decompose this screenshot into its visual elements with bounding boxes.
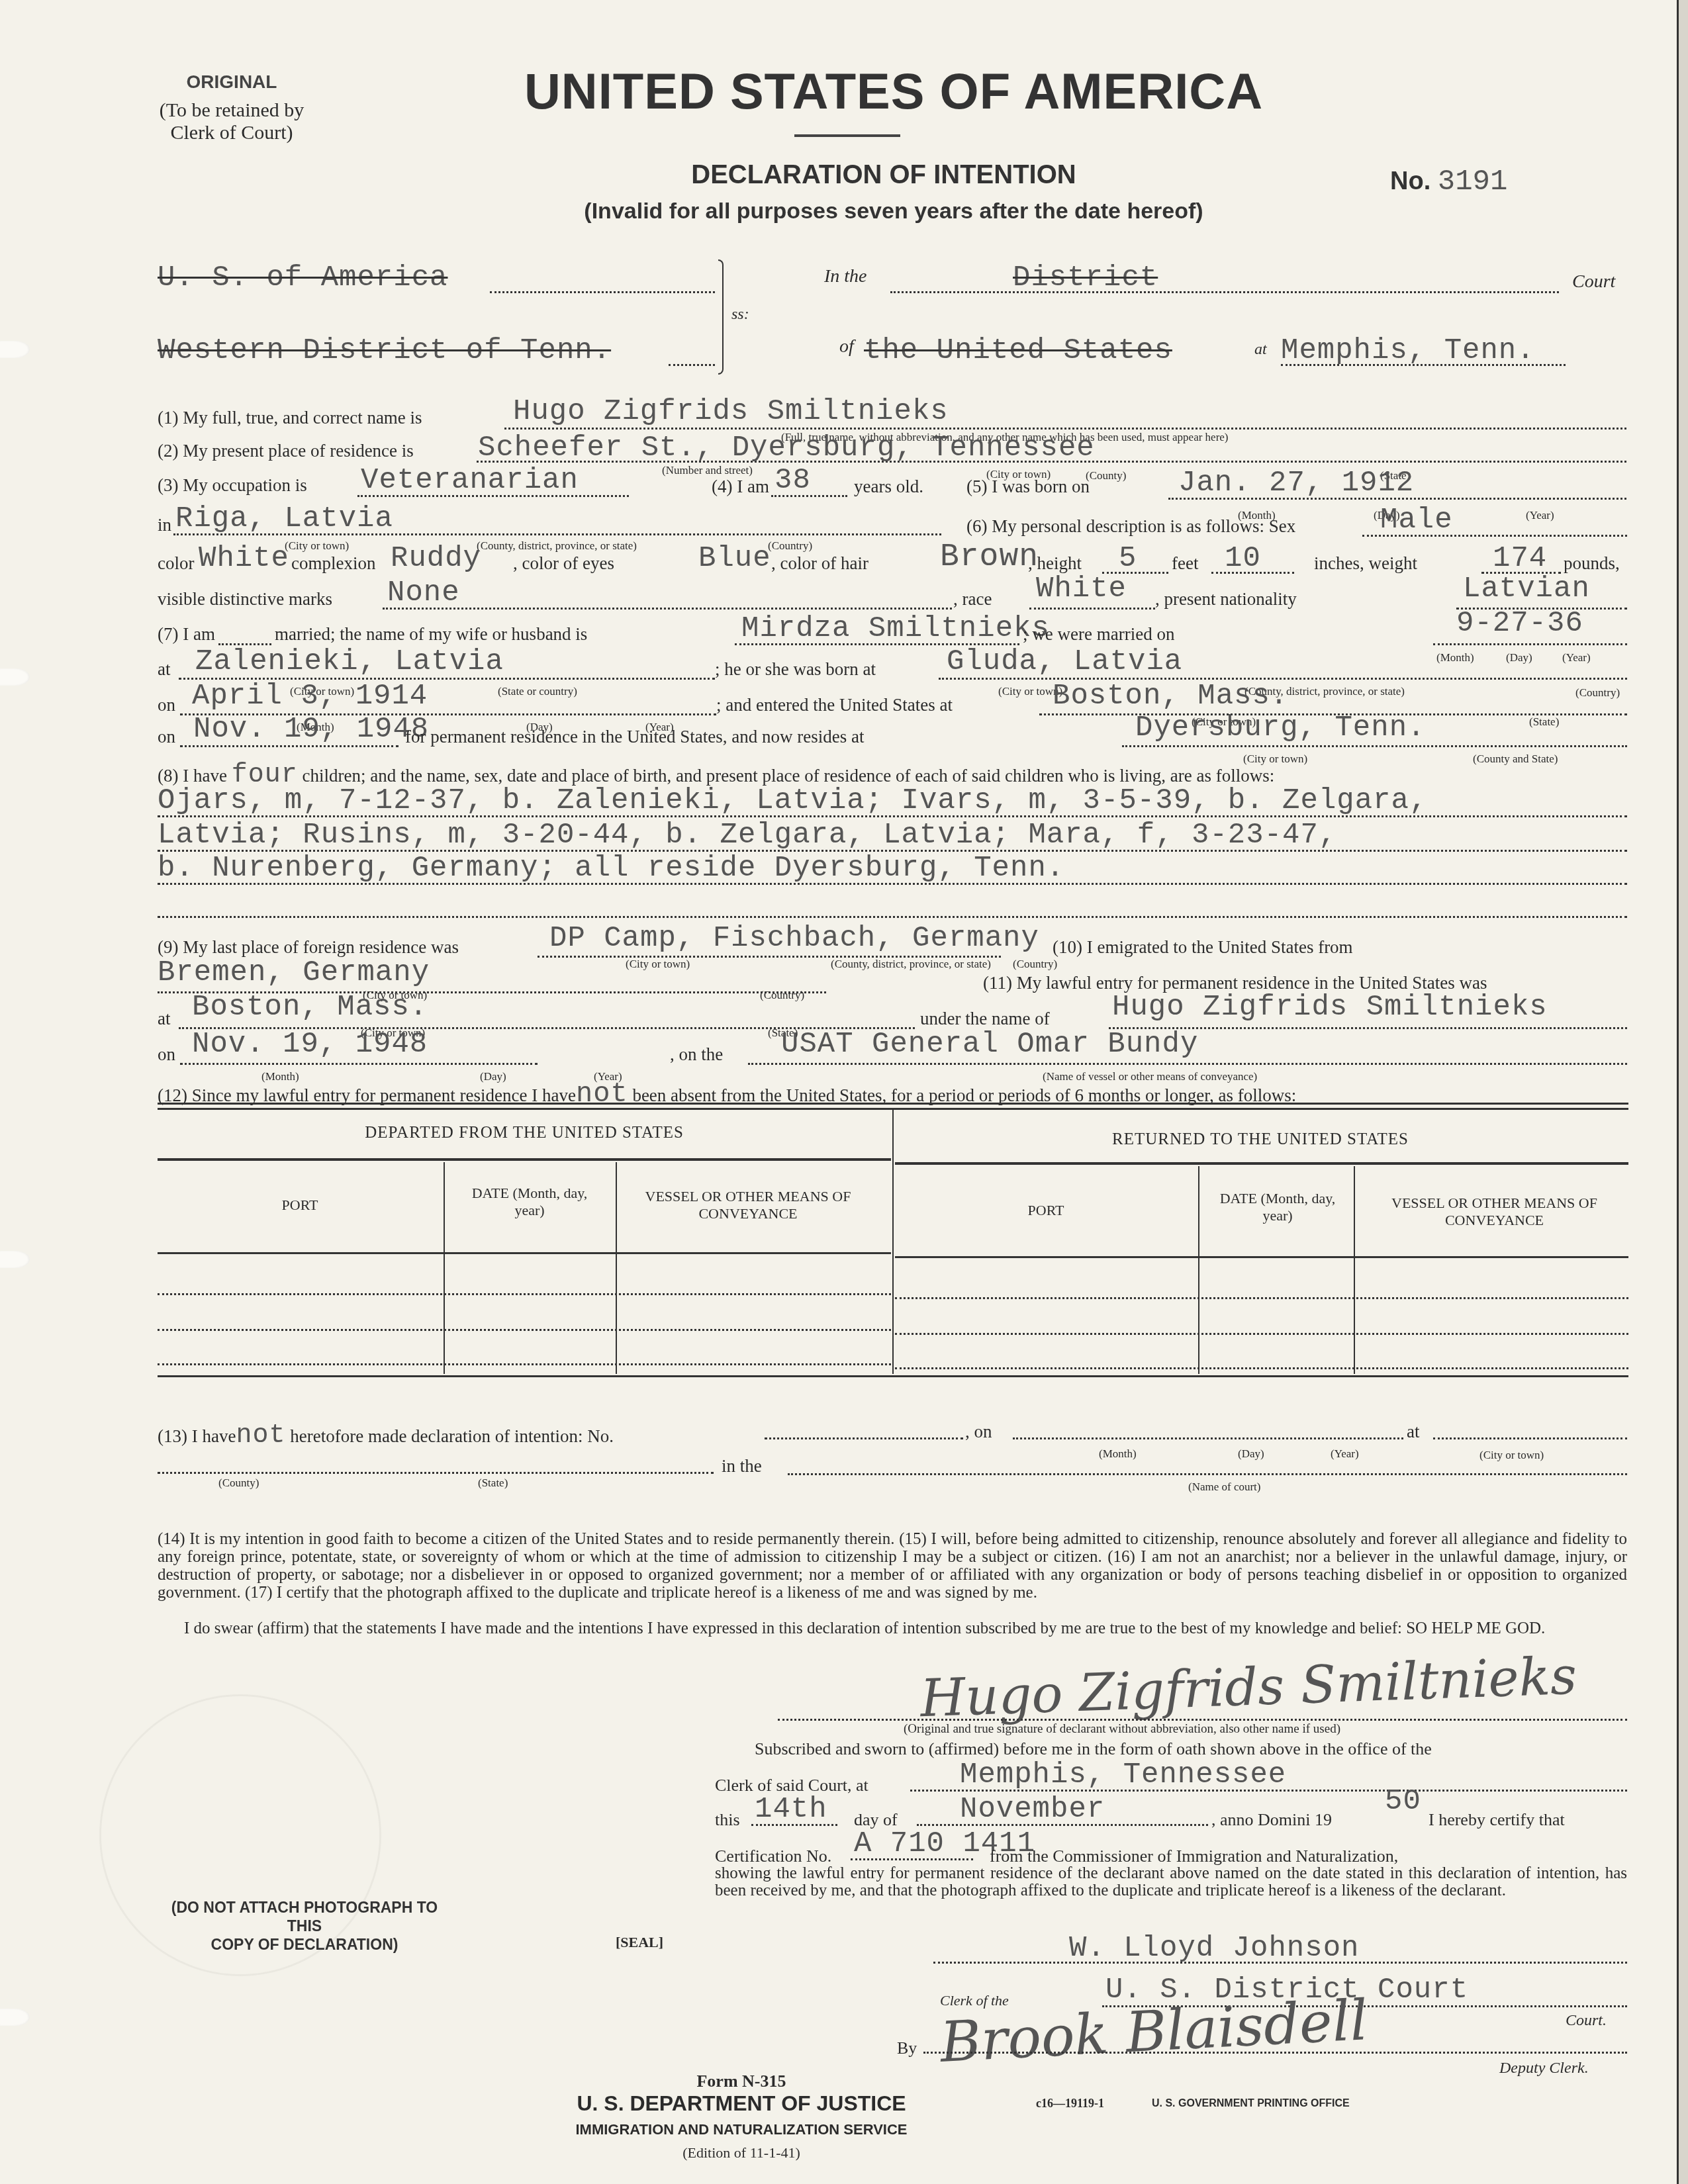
deputy-label: Deputy Clerk. (1499, 2060, 1589, 2077)
q13-label: (13) I havenot heretofore made declarati… (158, 1423, 614, 1449)
spouse-birthplace-field[interactable]: Gluda, Latvia (947, 647, 1182, 676)
children-field-line-1[interactable]: Ojars, m, 7-12-37, b. Zalenieki, Latvia;… (158, 786, 1427, 815)
departed-header-rule (158, 1158, 891, 1161)
height-feet-field[interactable]: 5 (1119, 544, 1137, 573)
q13-number-field[interactable] (765, 1437, 963, 1439)
q5-label: (5) I was born on (966, 478, 1090, 496)
venue-district: Western District of Tenn. (158, 336, 611, 365)
spouse-birth-date-field[interactable]: April 3, 1914 (192, 682, 428, 711)
month-field[interactable]: November (960, 1795, 1105, 1824)
entry-date-line (180, 1063, 538, 1065)
vessel-line (748, 1063, 1627, 1065)
q13-county-state-field[interactable] (158, 1472, 714, 1474)
table-bottom-rule (158, 1375, 1628, 1377)
departed-col-port: PORT (158, 1197, 442, 1214)
table-row[interactable] (158, 1363, 891, 1365)
q2-label: (2) My present place of residence is (158, 442, 414, 460)
q13-at-label: at (1407, 1423, 1420, 1441)
nationality-field[interactable]: Latvian (1463, 574, 1590, 604)
occupation-field[interactable]: Veteranarian (361, 466, 579, 495)
q1-label: (1) My full, true, and correct name is (158, 409, 422, 427)
returned-col-port: PORT (895, 1202, 1197, 1219)
col-divider (616, 1162, 617, 1374)
under-name-label: under the name of (920, 1010, 1050, 1028)
q7-label: (7) I am (158, 625, 215, 643)
q5-caption-year: (Year) (1526, 510, 1554, 521)
marks-label: visible distinctive marks (158, 590, 332, 608)
col-divider (1198, 1166, 1199, 1374)
clerk-place-field[interactable]: Memphis, Tennessee (960, 1760, 1286, 1790)
number-value: 3191 (1438, 165, 1508, 199)
printer: U. S. GOVERNMENT PRINTING OFFICE (1152, 2098, 1350, 2110)
deputy-line (923, 2052, 1627, 2054)
departed-col-date: DATE (Month, day, year) (457, 1185, 602, 1219)
departed-col-header-rule (158, 1252, 891, 1254)
form-subtitle: DECLARATION OF INTENTION (569, 160, 1198, 190)
day-field[interactable]: 14th (755, 1795, 827, 1824)
race-label: , race (953, 590, 992, 608)
marriage-caption-year: (Year) (1562, 652, 1591, 663)
number-label: No. (1390, 167, 1430, 195)
col-divider (1354, 1166, 1355, 1374)
q10-caption-country: (Country) (760, 989, 804, 1001)
title-rule (794, 134, 900, 137)
weight-field[interactable]: 174 (1493, 544, 1547, 573)
certify-label: I hereby certify that (1429, 1810, 1565, 1830)
clerk-name-line (933, 1962, 1627, 1964)
page-edge (1677, 0, 1688, 2184)
residence-field[interactable]: Scheefer St., Dyersburg, Tennessee (478, 433, 1095, 463)
at-line (1281, 364, 1566, 366)
on-label-2: on (158, 728, 175, 746)
marriage-caption-day: (Day) (1506, 652, 1532, 663)
spouse-birthplace-caption-country: (Country) (1575, 687, 1620, 698)
bracket (718, 259, 724, 375)
spouse-entry-date-field[interactable]: Nov. 19, 1948 (193, 715, 429, 744)
oath-paragraph: (14) It is my intention in good faith to… (158, 1530, 1627, 1602)
eyes-field[interactable]: Blue (698, 544, 771, 573)
q13-label-b: heretofore made declaration of intention… (290, 1426, 614, 1446)
returned-col-header-rule (895, 1256, 1628, 1258)
col-divider (444, 1162, 445, 1374)
at-label: at (1254, 341, 1267, 359)
nationality-label: , present nationality (1155, 590, 1297, 608)
year-field[interactable]: 50 (1385, 1787, 1421, 1816)
birthplace-field[interactable]: Riga, Latvia (175, 504, 393, 533)
validity-note: (Invalid for all purposes seven years af… (463, 199, 1324, 224)
birthplace-caption-county: (County, district, province, or state) (477, 540, 637, 551)
q13-caption-county: (County) (218, 1477, 259, 1488)
subscribed-text: Subscribed and sworn to (affirmed) befor… (715, 1739, 1627, 1759)
court-type-line (890, 291, 1559, 293)
age-field[interactable]: 38 (774, 466, 811, 495)
q13-caption-day: (Day) (1238, 1448, 1264, 1459)
entry-name-field[interactable]: Hugo Zigfrids Smiltnieks (1112, 993, 1548, 1022)
q8-label-a: (8) I have (158, 766, 227, 786)
inches-weight-label: inches, weight (1314, 555, 1417, 572)
department: U. S. DEPARTMENT OF JUSTICE (543, 2091, 940, 2116)
binder-hole (0, 1251, 30, 1268)
binder-hole (0, 668, 30, 686)
race-line (1029, 608, 1155, 610)
print-code: c16—19119-1 (1036, 2097, 1104, 2111)
table-row[interactable] (895, 1367, 1628, 1369)
children-line-4 (158, 916, 1627, 918)
height-inches-field[interactable]: 10 (1225, 544, 1261, 573)
at-value: Memphis, Tenn. (1281, 336, 1535, 365)
returned-col-vessel: VESSEL OR OTHER MEANS OF CONVEYANCE (1364, 1195, 1625, 1229)
table-row[interactable] (895, 1297, 1628, 1299)
q13-label-a: (13) I have (158, 1426, 236, 1446)
on-the-label: , on the (670, 1046, 723, 1064)
anno-label: , anno Domini 19 (1211, 1810, 1332, 1830)
court-label: Court (1572, 271, 1615, 293)
service: IMMIGRATION AND NATURALIZATION SERVICE (543, 2121, 940, 2138)
q13-city-field[interactable] (1433, 1437, 1627, 1439)
q13-on-label: , on (965, 1423, 992, 1441)
feet-label: feet (1172, 555, 1198, 572)
photo-note-line1: (DO NOT ATTACH PHOTOGRAPH TO THIS (152, 1898, 457, 1935)
q2-caption-county: (County) (1086, 470, 1126, 481)
marks-field[interactable]: None (387, 578, 460, 608)
q3-label: (3) My occupation is (158, 477, 307, 494)
entry-date-field[interactable]: Nov. 19, 1948 (192, 1030, 428, 1059)
marriage-caption-month: (Month) (1436, 652, 1474, 663)
court-type: District (1013, 263, 1158, 293)
marriage-place-field[interactable]: Zalenieki, Latvia (195, 647, 504, 676)
q10-label: (10) I emigrated to the United States fr… (1053, 938, 1353, 956)
in-the-label: In the (824, 266, 867, 287)
q9-label: (9) My last place of foreign residence w… (158, 938, 459, 956)
swear-paragraph: I do swear (affirm) that the statements … (158, 1619, 1627, 1637)
q13-date-field[interactable] (1013, 1437, 1403, 1439)
q6-label: (6) My personal description is as follow… (966, 518, 1295, 535)
q4-label: (4) I am (712, 478, 769, 496)
cert-text-b: showing the lawful entry for permanent r… (715, 1865, 1627, 1899)
venue-state: U. S. of America (158, 263, 447, 293)
color-field[interactable]: White (199, 544, 289, 573)
entry-place-field[interactable]: Boston, Mass. (192, 993, 428, 1022)
q13-value-field[interactable]: not (236, 1421, 285, 1451)
entered-label: ; and entered the United States at (716, 696, 953, 714)
edition: (Edition of 11-1-41) (543, 2144, 940, 2161)
q9-caption-county: (County, district, province, or state) (831, 958, 991, 970)
hair-field[interactable]: Brown (940, 541, 1039, 573)
q13-caption-month: (Month) (1099, 1448, 1137, 1459)
spouse-entry-place-field[interactable]: Boston, Mass. (1053, 682, 1288, 711)
marriage-date-line (1433, 643, 1627, 645)
of-value: the United States (864, 336, 1172, 365)
photo-note: (DO NOT ATTACH PHOTOGRAPH TO THIS COPY O… (152, 1898, 457, 1954)
q11-label: (11) My lawful entry for permanent resid… (983, 974, 1487, 992)
q13-in-the-label: in the (722, 1457, 762, 1475)
q8-label-b: children; and the name, sex, date and pl… (302, 766, 1274, 786)
at-label-2: at (158, 660, 171, 678)
q13-caption-court: (Name of court) (1188, 1481, 1261, 1492)
original-label: ORIGINAL (146, 71, 318, 93)
q9-caption-country: (Country) (1013, 958, 1057, 970)
in-label: in (158, 516, 171, 534)
birthplace-caption-city: (City or town) (285, 540, 349, 551)
form-number: Form N-315 (543, 2071, 940, 2091)
binder-hole (0, 341, 30, 358)
eyes-label: , color of eyes (513, 555, 614, 572)
cert-no-label: Certification No. (715, 1846, 831, 1866)
children-field-line-2[interactable]: Latvia; Rusins, m, 3-20-44, b. Zelgara, … (158, 821, 1336, 850)
vessel-field[interactable]: USAT General Omar Bundy (781, 1030, 1198, 1059)
declarant-signature: Hugo Zigfrids Smiltnieks (919, 1647, 1578, 1729)
birthplace-caption-country: (Country) (768, 540, 812, 551)
q13-court-field[interactable] (788, 1473, 1627, 1475)
venue-state-line (490, 291, 715, 293)
spouse-entry-caption-state: (State) (1529, 716, 1559, 727)
married-on-label: ; we were married on (1023, 625, 1174, 643)
last-foreign-residence-field[interactable]: DP Camp, Fischbach, Germany (549, 924, 1039, 953)
sex-field[interactable]: Male (1380, 506, 1453, 535)
q2-caption-street: (Number and street) (662, 465, 753, 476)
photo-note-line2: COPY OF DECLARATION) (152, 1935, 457, 1954)
on-label-3: on (158, 1046, 175, 1064)
retained-note-line1: (To be retained by (142, 99, 321, 122)
years-old-label: years old. (854, 478, 923, 496)
marriage-place-caption-state: (State or country) (498, 686, 577, 697)
departed-header: DEPARTED FROM THE UNITED STATES (158, 1124, 891, 1142)
binder-hole (0, 2009, 30, 2026)
declaration-number: No. 3191 (1390, 165, 1507, 199)
complexion-label: complexion (291, 555, 375, 572)
q12-value-field[interactable]: not (576, 1078, 628, 1110)
seal-label: [SEAL] (616, 1934, 663, 1951)
q13-caption-state: (State) (478, 1477, 508, 1488)
of-label: of (839, 336, 854, 357)
table-center-divider (892, 1109, 894, 1374)
q9-caption-city: (City or town) (626, 958, 690, 970)
page-title: UNITED STATES OF AMERICA (450, 63, 1337, 120)
court-suffix-label: Court. (1566, 2012, 1607, 2030)
marriage-date-field[interactable]: 9-27-36 (1456, 609, 1583, 638)
emigrated-from-field[interactable]: Bremen, Germany (158, 958, 430, 987)
departed-col-vessel: VESSEL OR OTHER MEANS OF CONVEYANCE (626, 1188, 870, 1222)
color-label: color (158, 555, 194, 572)
height-label: , height (1028, 555, 1082, 572)
signature-caption: (Original and true signature of declaran… (904, 1723, 1340, 1735)
at-label-3: at (158, 1010, 171, 1028)
this-label: this (715, 1810, 740, 1830)
children-field-line-3[interactable]: b. Nurenberg, Germany; all reside Dyersb… (158, 854, 1064, 883)
table-top-rule-1 (158, 1103, 1628, 1105)
race-field[interactable]: White (1036, 574, 1127, 604)
spouse-resides-field[interactable]: Dyersburg, Tenn. (1135, 713, 1425, 743)
spouse-name-field[interactable]: Mirdza Smiltnieks (741, 614, 1050, 643)
returned-header-rule (895, 1162, 1628, 1165)
table-row[interactable] (895, 1333, 1628, 1335)
signature-line (778, 1719, 1627, 1721)
spouse-resides-line (1122, 745, 1627, 747)
married-label: married; the name of my wife or husband … (275, 625, 587, 643)
spouse-born-label: ; he or she was born at (715, 660, 876, 678)
q13-caption-year: (Year) (1331, 1448, 1359, 1459)
q13-caption-city: (City or town) (1479, 1449, 1544, 1461)
on-label: on (158, 696, 175, 714)
venue-district-line (669, 364, 715, 366)
returned-col-date: DATE (Month, day, year) (1205, 1190, 1350, 1224)
clerk-name: W. Lloyd Johnson (1069, 1934, 1359, 1963)
birth-date-field[interactable]: Jan. 27, 1912 (1178, 469, 1414, 498)
full-name-field[interactable]: Hugo Zigfrids Smiltnieks (513, 397, 949, 426)
pounds-label: pounds, (1564, 555, 1620, 572)
ss-label: ss: (731, 306, 749, 324)
complexion-field[interactable]: Ruddy (391, 544, 481, 573)
by-label: By (897, 2038, 917, 2058)
cert-text-a: from the Commissioner of Immigration and… (990, 1846, 1398, 1866)
table-row[interactable] (158, 1329, 891, 1331)
table-row[interactable] (158, 1293, 891, 1295)
returned-header: RETURNED TO THE UNITED STATES (894, 1130, 1627, 1149)
resides-caption-county-state: (County and State) (1473, 753, 1558, 764)
retained-note-line2: Clerk of Court) (142, 122, 321, 144)
hair-label: , color of hair (771, 555, 868, 572)
retained-note: (To be retained by Clerk of Court) (142, 99, 321, 144)
marks-line (383, 608, 952, 610)
perm-res-label: for permanent residence in the United St… (405, 728, 865, 746)
